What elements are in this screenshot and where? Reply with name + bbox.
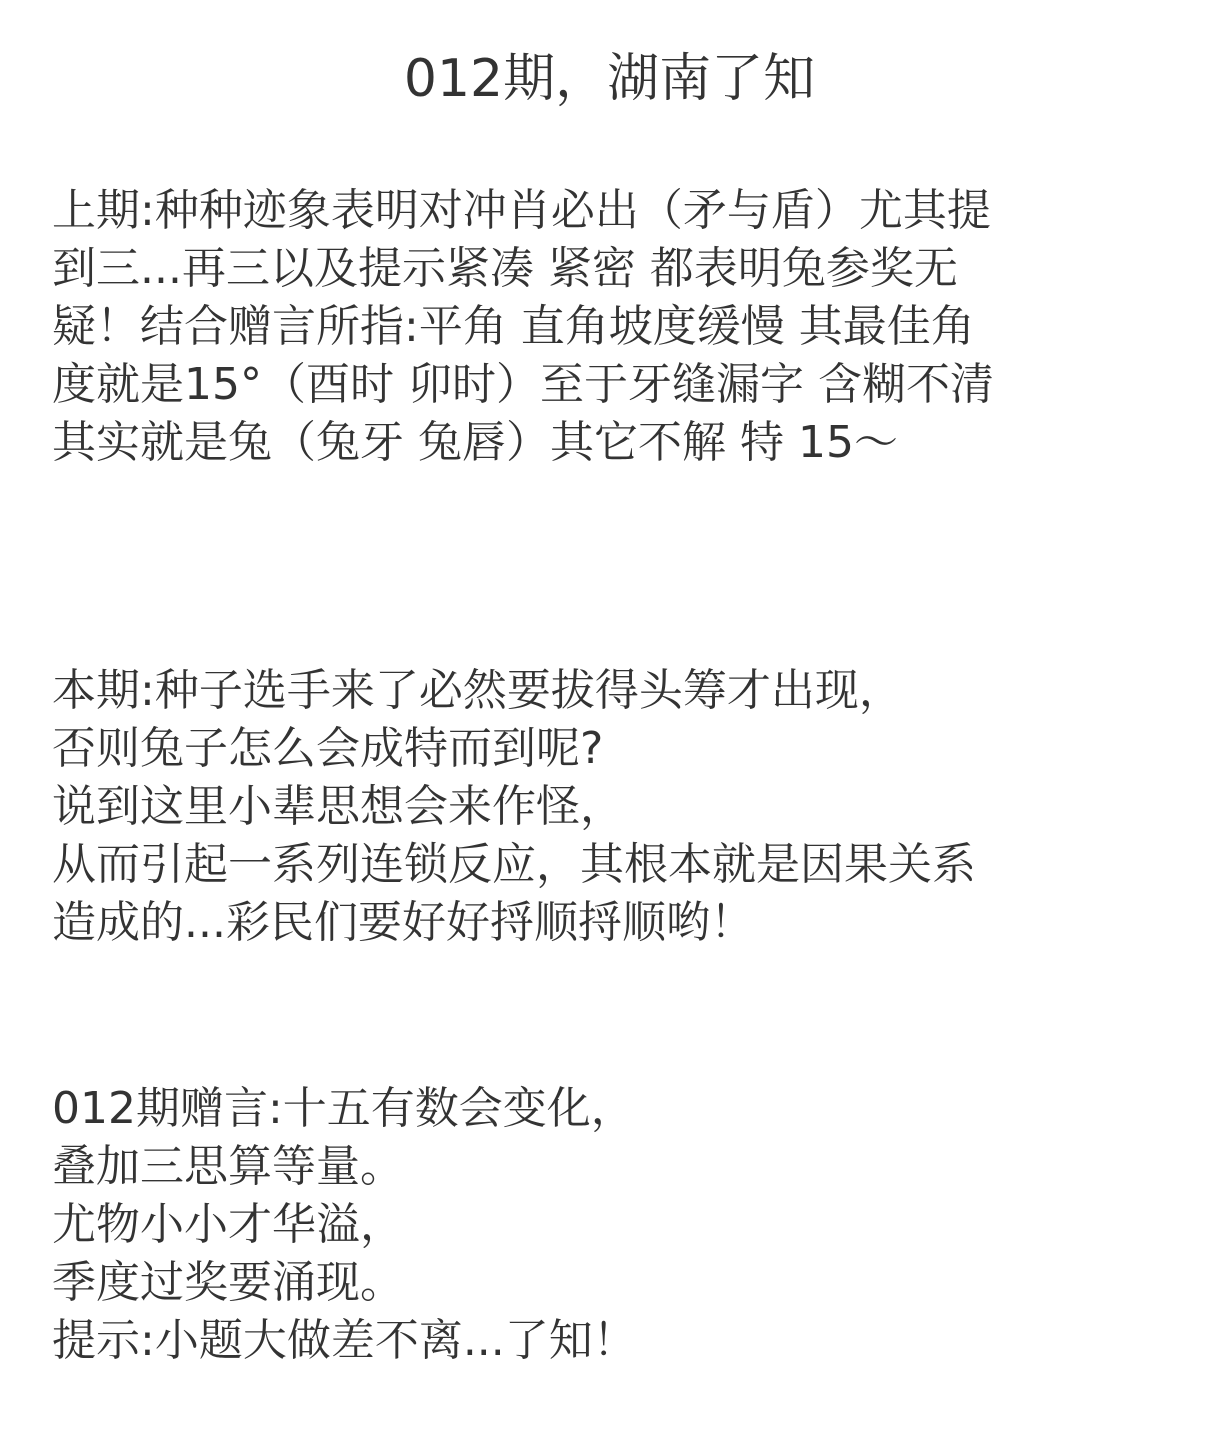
text-line: 季度过奖要涌现。: [52, 1254, 1182, 1312]
text-line: 尤物小小才华溢，: [52, 1196, 1182, 1254]
text-line: 造成的...彩民们要好好捋顺捋顺哟！: [52, 894, 1182, 952]
this-period-paragraph: 本期:种子选手来了必然要拔得头筹才出现， 否则兔子怎么会成特而到呢? 说到这里小…: [52, 662, 1182, 952]
last-period-paragraph: 上期:种种迹象表明对冲肖必出（矛与盾）尤其提 到三...再三以及提示紧凑 紧密 …: [52, 182, 1182, 472]
text-line: 其实就是兔（兔牙 兔唇）其它不解 特 15～: [52, 414, 1182, 472]
gift-words-paragraph: 012期赠言:十五有数会变化， 叠加三思算等量。 尤物小小才华溢， 季度过奖要涌…: [52, 1080, 1182, 1370]
text-line: 说到这里小辈思想会来作怪，: [52, 778, 1182, 836]
text-line: 从而引起一系列连锁反应，其根本就是因果关系: [52, 836, 1182, 894]
text-line: 提示:小题大做差不离...了知！: [52, 1312, 1182, 1370]
text-line: 度就是15°（酉时 卯时）至于牙缝漏字 含糊不清: [52, 356, 1182, 414]
text-line: 叠加三思算等量。: [52, 1138, 1182, 1196]
text-line: 疑！结合赠言所指:平角 直角坡度缓慢 其最佳角: [52, 298, 1182, 356]
text-line: 到三...再三以及提示紧凑 紧密 都表明兔参奖无: [52, 240, 1182, 298]
text-line: 本期:种子选手来了必然要拔得头筹才出现，: [52, 662, 1182, 720]
text-line: 上期:种种迹象表明对冲肖必出（矛与盾）尤其提: [52, 182, 1182, 240]
text-line: 012期赠言:十五有数会变化，: [52, 1080, 1182, 1138]
text-line: 否则兔子怎么会成特而到呢?: [52, 720, 1182, 778]
page-title: 012期，湖南了知: [0, 44, 1219, 114]
